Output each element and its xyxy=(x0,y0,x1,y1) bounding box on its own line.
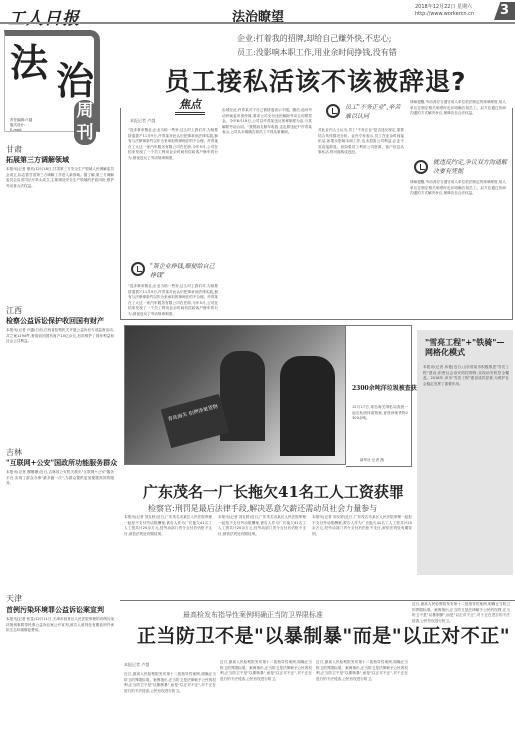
brief-text: 本报讯(记者 柳姗姗)近日,吉林省公安机关推出"互联网+公安"服务平台,实现了群… xyxy=(6,470,114,580)
weekly-badge-pill: 周 刊 xyxy=(74,100,96,145)
clock-icon xyxy=(414,160,428,174)
lead-column-4: 律师提醒,劳动者应当遵守用人单位依法制定的规章制度,用人单位在制定相关制度时也应… xyxy=(410,100,506,158)
section-divider xyxy=(120,600,515,601)
wages-column-1: 本报讯(记者 刘友婷)近日,广东茂名市某区人民法院审理一起拒不支付劳动报酬案,被… xyxy=(124,515,212,595)
brief-region: 吉林 xyxy=(6,447,22,458)
defense-kicker: 最高检发布指导性案例明确正当防卫界限标准 xyxy=(183,610,323,620)
wages-headline[interactable]: 广东茂名一厂长拖欠41名工人工资获罪 xyxy=(143,481,404,502)
wages-column-2: 本报讯(记者 刘友婷)近日,广东茂名市某区人民法院审理一起拒不支付劳动报酬案,被… xyxy=(218,515,306,595)
photo-caption-text: 12月17日,青岛海关缉私局查获一起走私固体废物案,查获涉案货物2300余吨。 xyxy=(352,405,408,455)
defense-byline: 本报记者 卢越 xyxy=(124,662,149,668)
lead-column-1b: "没求事来敬业,企业当给一些补,这么时上我们对,为啥要辞退我?"11月9日,许青… xyxy=(128,284,218,316)
sidebar-story-title[interactable]: "雪亮工程"+"铁骑"—网格化模式 xyxy=(425,337,509,357)
page-number: 3 xyxy=(494,2,515,20)
weekly-badge-char: 治 xyxy=(56,50,94,105)
clock-icon xyxy=(326,104,340,118)
weekly-badge-char: 周 xyxy=(74,100,96,122)
defense-column-4: 近日,最高人民检察院发布第十二批指导性案例,明确正当防卫的界限标准。案例指出,正… xyxy=(412,602,510,747)
sidebar-story-text: 本报讯(记者 孙艳)近日,山东省某市积极推进"雪亮工程"建设,织密社会治安防控网… xyxy=(423,365,509,570)
photo-figure xyxy=(280,356,335,456)
photo-bag-label: 青岛海关 扣押涉案货物 xyxy=(161,394,229,448)
lead-column-1: "没求事来敬业,企业当给一些补,这么时上我们对,为啥要辞退我?"11月9日,许青… xyxy=(128,128,218,258)
lead-headline[interactable]: 员工接私活该不该被辞退? xyxy=(165,62,467,98)
brief-text: 本报讯(记者 卢越)日前,江西省检察机关开展公益诉讼专项监督活动,共立案1294… xyxy=(6,328,114,433)
header-divider xyxy=(0,22,515,24)
brief-region: 甘肃 xyxy=(6,144,22,155)
weekly-badge-char: 法 xyxy=(10,32,48,87)
focus-tag: 焦点 xyxy=(175,96,205,115)
news-photo[interactable]: 青岛海关 扣押涉案货物 xyxy=(124,325,346,465)
lead-subhead-1: 企业:打着我的招牌,却给自己赚外快,不忠心; xyxy=(237,33,391,44)
lead-column-3: 对此业内人士认为,员工"不务正业"是否违反规定,需要结合具体情况分析。业内专家表… xyxy=(318,128,404,313)
wages-subheadline: 检察官:刑罚是最后法律手段,解决恶意欠薪还需动员社会力量参与 xyxy=(148,503,377,514)
brief-text: 本报讯(记者 张玺)12月11日,天津市西青区人民法院审理的首例污染环境刑事附带… xyxy=(6,617,114,745)
date-line: 2018年12月22日 星期六 http://www.workercn.cn xyxy=(415,4,474,18)
brief-title[interactable]: 检察公益诉讼保护收回国有财产 xyxy=(6,316,104,326)
brief-title[interactable]: 拓展第三方调解领域 xyxy=(6,155,69,165)
weekly-badge-char: 刊 xyxy=(74,122,96,144)
brief-region: 天津 xyxy=(6,593,22,604)
lead-column-4b: 律师提醒,劳动者应当遵守用人单位依法制定的规章制度,用人单位在制定相关制度时也应… xyxy=(410,180,506,313)
brief-title[interactable]: 首例污染环境罪公益诉讼案宣判 xyxy=(6,605,104,615)
brief-text: 本报讯(记者 康劲)12月18日,甘肃第三方安全生产领域人民调解委员会成立,标志… xyxy=(6,167,114,267)
lead-byline: 本报记者 卢越 xyxy=(130,118,155,124)
lead-subhead-2: 员工:没影响本职工作,用业余时间挣钱,没有错 xyxy=(237,47,397,58)
clock-icon xyxy=(131,262,145,276)
website-url[interactable]: http://www.workercn.cn xyxy=(415,11,474,18)
photo-caption-title: 2300余吨洋垃圾被查获 xyxy=(352,383,417,392)
newspaper-logo: 工人日报 xyxy=(8,4,80,29)
lead-column-2: 由城至此,许青某对于自己被辞退表示不服。随后,他向劳动仲裁委申请仲裁,要求公司支… xyxy=(222,108,312,313)
photo-credit: 新华社 记者 摄 xyxy=(360,458,410,464)
defense-column-1: 近日,最高人民检察院发布第十二批指导性案例,明确正当防卫的界限标准。案例指出,正… xyxy=(124,672,216,747)
defense-column-2: 近日,最高人民检察院发布第十二批指导性案例,明确正当防卫的界限标准。案例指出,正… xyxy=(220,660,312,747)
pullquote: "帮企业挣钱,顺便给自己挣钱" xyxy=(150,262,220,280)
pullquote: 员工"不务正业",辛苦难以认同 xyxy=(345,103,405,121)
pullquote: 就违反约定,争议双方沟通解决要有凭据 xyxy=(433,158,508,176)
wages-column-3: 本报讯(记者 刘友婷)近日,广东茂名市某区人民法院审理一起拒不支付劳动报酬案,被… xyxy=(312,515,412,595)
defense-column-3: 近日,最高人民检察院发布第十二批指导性案例,明确正当防卫的界限标准。案例指出,正… xyxy=(316,660,408,747)
brief-region: 江西 xyxy=(6,305,22,316)
issue-date: 2018年12月22日 星期六 xyxy=(415,4,474,11)
brief-title[interactable]: "互联网+公安"国政所功能服务群众 xyxy=(6,458,117,468)
editor-credits: 责任编辑:卢越 版式设计: E-mail: xyxy=(10,118,32,133)
